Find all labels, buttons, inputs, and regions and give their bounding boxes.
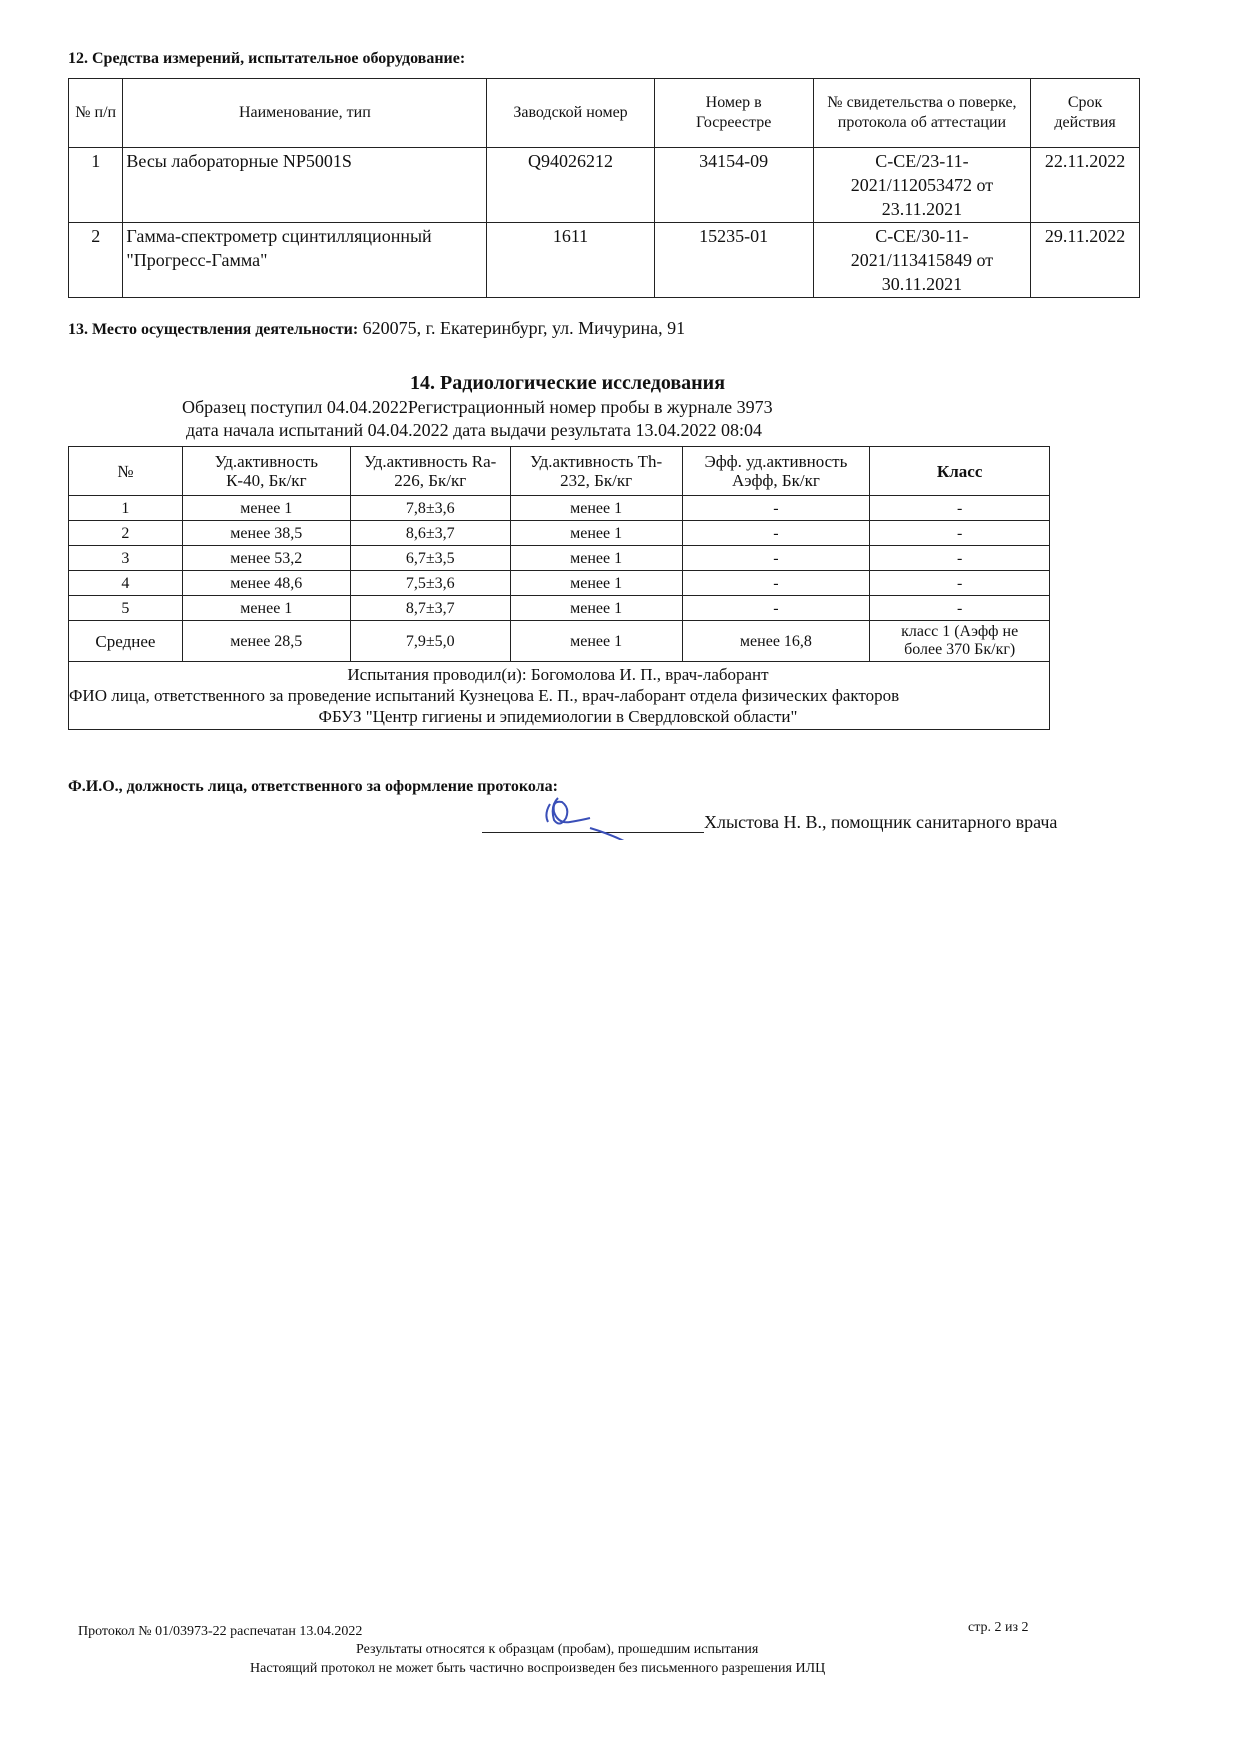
cell-class: - xyxy=(870,546,1050,571)
table-row-average: Среднее менее 28,5 7,9±5,0 менее 1 менее… xyxy=(69,621,1050,662)
cell-valid-until: 29.11.2022 xyxy=(1031,223,1140,298)
table-row: 1 менее 1 7,8±3,6 менее 1 - - xyxy=(69,496,1050,521)
cell-class: - xyxy=(870,596,1050,621)
cell-th232: менее 1 xyxy=(510,596,682,621)
cell-valid-until: 22.11.2022 xyxy=(1031,148,1140,223)
cell-num: Среднее xyxy=(69,621,183,662)
cell-certificate: С-СЕ/23-11-2021/112053472 от 23.11.2021 xyxy=(813,148,1031,223)
table-row: 2 Гамма-спектрометр сцинтилляционный "Пр… xyxy=(69,223,1140,298)
col-header: № п/п xyxy=(69,79,123,148)
col-header: Класс xyxy=(870,447,1050,496)
cell-certificate: С-СЕ/30-11-2021/113415849 от 30.11.2021 xyxy=(813,223,1031,298)
cell-num: 1 xyxy=(69,148,123,223)
cell-ra226: 7,8±3,6 xyxy=(350,496,510,521)
section-13: 13. Место осуществления деятельности: 62… xyxy=(68,318,685,339)
notes-cell: Испытания проводил(и): Богомолова И. П.,… xyxy=(69,662,1050,730)
cell-k40: менее 48,6 xyxy=(182,571,350,596)
signature-label: Ф.И.О., должность лица, ответственного з… xyxy=(68,778,558,796)
organization-note: ФБУЗ "Центр гигиены и эпидемиологии в Св… xyxy=(69,706,1047,727)
col-header: Срок действия xyxy=(1031,79,1140,148)
col-header: Уд.активность Th-232, Бк/кг xyxy=(510,447,682,496)
test-dates-line: дата начала испытаний 04.04.2022 дата вы… xyxy=(186,420,762,441)
table-header-row: № п/п Наименование, тип Заводской номер … xyxy=(69,79,1140,148)
cell-aeff: - xyxy=(682,571,870,596)
section-12-title: 12. Средства измерений, испытательное об… xyxy=(68,50,465,68)
cell-th232: менее 1 xyxy=(510,571,682,596)
radiology-table: № Уд.активность К-40, Бк/кг Уд.активност… xyxy=(68,446,1050,730)
cell-th232: менее 1 xyxy=(510,621,682,662)
cell-class: класс 1 (Аэфф не более 370 Бк/кг) xyxy=(870,621,1050,662)
footer-protocol: Протокол № 01/03973-22 распечатан 13.04.… xyxy=(78,1624,362,1640)
signer-name: Хлыстова Н. В., помощник санитарного вра… xyxy=(704,812,1057,833)
cell-k40: менее 53,2 xyxy=(182,546,350,571)
cell-class: - xyxy=(870,496,1050,521)
cell-k40: менее 1 xyxy=(182,596,350,621)
table-row: 2 менее 38,5 8,6±3,7 менее 1 - - xyxy=(69,521,1050,546)
footer-reproduction-note: Настоящий протокол не может быть частичн… xyxy=(250,1661,825,1677)
equipment-table: № п/п Наименование, тип Заводской номер … xyxy=(68,78,1140,298)
cell-k40: менее 28,5 xyxy=(182,621,350,662)
cell-num: 2 xyxy=(69,223,123,298)
cell-registry: 34154-09 xyxy=(654,148,813,223)
table-row: 1 Весы лабораторные NP5001S Q94026212 34… xyxy=(69,148,1140,223)
cell-class: - xyxy=(870,521,1050,546)
cell-k40: менее 1 xyxy=(182,496,350,521)
cell-aeff: - xyxy=(682,496,870,521)
cell-num: 2 xyxy=(69,521,183,546)
cell-num: 1 xyxy=(69,496,183,521)
col-header: № xyxy=(69,447,183,496)
col-header: Эфф. уд.активность Аэфф, Бк/кг xyxy=(682,447,870,496)
cell-num: 4 xyxy=(69,571,183,596)
footer-results-note: Результаты относятся к образцам (пробам)… xyxy=(356,1642,758,1658)
cell-num: 3 xyxy=(69,546,183,571)
cell-name: Гамма-спектрометр сцинтилляционный "Прог… xyxy=(123,223,487,298)
section-13-address: 620075, г. Екатеринбург, ул. Мичурина, 9… xyxy=(363,318,685,338)
responsible-note: ФИО лица, ответственного за проведение и… xyxy=(69,685,1047,706)
col-header: № свидетельства о поверке, протокола об … xyxy=(813,79,1031,148)
table-row: 5 менее 1 8,7±3,7 менее 1 - - xyxy=(69,596,1050,621)
col-header: Уд.активность Ra-226, Бк/кг xyxy=(350,447,510,496)
section-13-label: 13. Место осуществления деятельности: xyxy=(68,321,358,338)
cell-ra226: 7,5±3,6 xyxy=(350,571,510,596)
cell-aeff: - xyxy=(682,546,870,571)
table-header-row: № Уд.активность К-40, Бк/кг Уд.активност… xyxy=(69,447,1050,496)
tester-note: Испытания проводил(и): Богомолова И. П.,… xyxy=(69,664,1047,685)
cell-registry: 15235-01 xyxy=(654,223,813,298)
cell-num: 5 xyxy=(69,596,183,621)
cell-k40: менее 38,5 xyxy=(182,521,350,546)
sample-received-line: Образец поступил 04.04.2022Регистрационн… xyxy=(182,397,773,418)
table-row: 4 менее 48,6 7,5±3,6 менее 1 - - xyxy=(69,571,1050,596)
col-header: Номер в Госреестре xyxy=(654,79,813,148)
cell-th232: менее 1 xyxy=(510,496,682,521)
cell-name: Весы лабораторные NP5001S xyxy=(123,148,487,223)
cell-ra226: 8,7±3,7 xyxy=(350,596,510,621)
handwritten-signature-icon xyxy=(530,790,680,840)
cell-ra226: 7,9±5,0 xyxy=(350,621,510,662)
cell-th232: менее 1 xyxy=(510,546,682,571)
cell-serial: 1611 xyxy=(487,223,654,298)
col-header: Наименование, тип xyxy=(123,79,487,148)
table-row: 3 менее 53,2 6,7±3,5 менее 1 - - xyxy=(69,546,1050,571)
table-notes-row: Испытания проводил(и): Богомолова И. П.,… xyxy=(69,662,1050,730)
section-14-title: 14. Радиологические исследования xyxy=(410,372,725,395)
cell-ra226: 8,6±3,7 xyxy=(350,521,510,546)
col-header: Заводской номер xyxy=(487,79,654,148)
cell-th232: менее 1 xyxy=(510,521,682,546)
cell-aeff: менее 16,8 xyxy=(682,621,870,662)
cell-aeff: - xyxy=(682,521,870,546)
cell-serial: Q94026212 xyxy=(487,148,654,223)
cell-aeff: - xyxy=(682,596,870,621)
cell-class: - xyxy=(870,571,1050,596)
col-header: Уд.активность К-40, Бк/кг xyxy=(182,447,350,496)
cell-ra226: 6,7±3,5 xyxy=(350,546,510,571)
footer-page-number: стр. 2 из 2 xyxy=(968,1620,1029,1636)
